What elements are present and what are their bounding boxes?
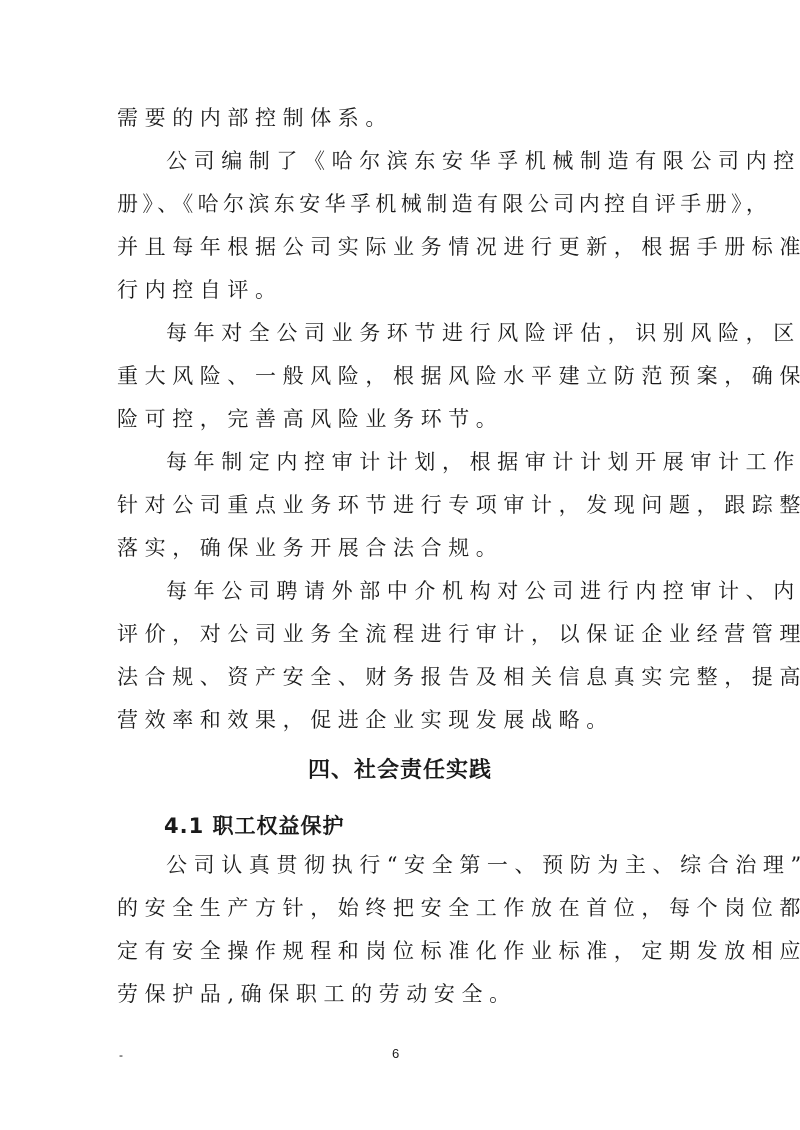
page-number: 6: [392, 1046, 399, 1061]
paragraph-line: 劳保护品,确保职工的劳动安全。: [117, 980, 517, 1008]
paragraph-line: 针对公司重点业务环节进行专项审计，发现问题，跟踪整改: [117, 491, 800, 519]
paragraph-line: 评价，对公司业务全流程进行审计，以保证企业经营管理合: [117, 620, 800, 648]
paragraph-line: 的安全生产方针，始终把安全工作放在首位，每个岗位都制: [117, 894, 800, 922]
footer-dash: -: [119, 1048, 123, 1062]
paragraph-line: 每年对全公司业务环节进行风险评估，识别风险，区分: [166, 319, 800, 347]
paragraph-line: 并且每年根据公司实际业务情况进行更新，根据手册标准进: [117, 233, 800, 261]
document-page: 需要的内部控制体系。 公司编制了《哈尔滨东安华孚机械制造有限公司内控手 册》、《…: [0, 0, 800, 1130]
paragraph-line: 险可控，完善高风险业务环节。: [117, 405, 503, 433]
paragraph-line: 行内控自评。: [117, 276, 283, 304]
paragraph-line: 每年公司聘请外部中介机构对公司进行内控审计、内控: [166, 577, 800, 605]
paragraph-line: 册》、《哈尔滨东安华孚机械制造有限公司内控自评手册》，: [117, 190, 771, 218]
paragraph-line: 重大风险、一般风险，根据风险水平建立防范预案，确保风: [117, 362, 800, 390]
section-heading: 四、社会责任实践: [0, 753, 800, 784]
paragraph-line: 定有安全操作规程和岗位标准化作业标准，定期发放相应的: [117, 937, 800, 965]
subsection-heading: 4.1 职工权益保护: [164, 810, 345, 840]
paragraph-line: 需要的内部控制体系。: [117, 104, 393, 132]
paragraph-line: 公司认真贯彻执行“安全第一、预防为主、综合治理”: [166, 851, 800, 879]
paragraph-line: 每年制定内控审计计划，根据审计计划开展审计工作，: [166, 448, 800, 476]
paragraph-line: 法合规、资产安全、财务报告及相关信息真实完整，提高经: [117, 663, 800, 691]
paragraph-line: 营效率和效果，促进企业实现发展战略。: [117, 706, 614, 734]
paragraph-line: 落实，确保业务开展合法合规。: [117, 534, 503, 562]
paragraph-line: 公司编制了《哈尔滨东安华孚机械制造有限公司内控手: [166, 147, 800, 175]
